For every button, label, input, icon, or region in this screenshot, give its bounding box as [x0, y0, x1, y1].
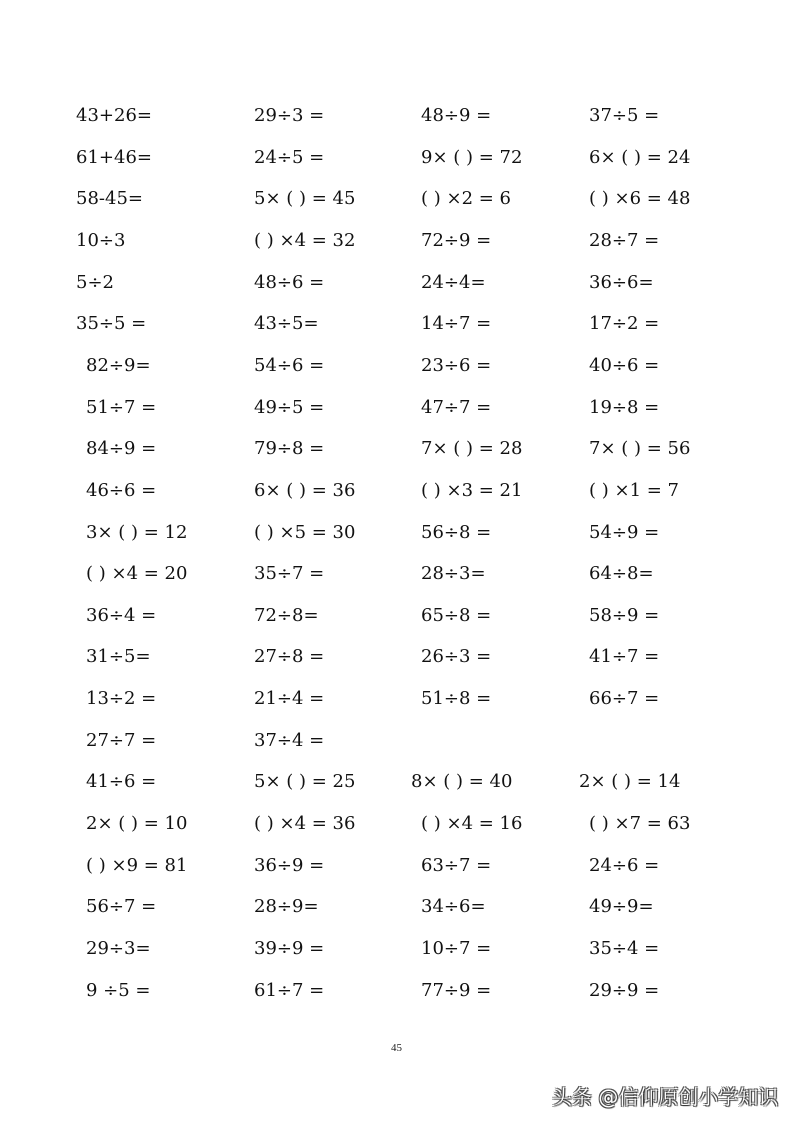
problem-cell: ( ) ×2 = 6	[421, 184, 511, 214]
problem-cell: 8× ( ) = 40	[411, 767, 512, 797]
problem-cell: 56÷8 =	[421, 518, 491, 548]
problem-cell: 84÷9 =	[86, 434, 156, 464]
problem-cell: 24÷5 =	[254, 143, 324, 173]
problem-cell: 54÷9 =	[589, 518, 659, 548]
problem-cell: 43+26=	[76, 101, 152, 131]
problem-cell: 41÷7 =	[589, 642, 659, 672]
problem-cell: 5× ( ) = 25	[254, 767, 355, 797]
problem-cell: ( ) ×4 = 16	[421, 809, 522, 839]
problem-cell: 29÷3=	[86, 934, 151, 964]
problem-row: 84÷9 =79÷8 =7× ( ) = 287× ( ) = 56	[0, 434, 793, 464]
problem-row: 58-45=5× ( ) = 45( ) ×2 = 6( ) ×6 = 48	[0, 184, 793, 214]
problem-row: ( ) ×4 = 2035÷7 =28÷3=64÷8=	[0, 559, 793, 589]
problem-cell: 29÷9 =	[589, 976, 659, 1006]
problem-cell: 5÷2	[76, 268, 114, 298]
page-number: 45	[391, 1042, 402, 1054]
problem-cell: 58÷9 =	[589, 601, 659, 631]
problem-cell: 27÷7 =	[86, 726, 156, 756]
problem-cell: 47÷7 =	[421, 393, 491, 423]
problem-cell: 61÷7 =	[254, 976, 324, 1006]
watermark: 头条 @信仰原创小学知识	[552, 1081, 778, 1110]
problem-row: 36÷4 =72÷8=65÷8 =58÷9 =	[0, 601, 793, 631]
problem-cell: 82÷9=	[86, 351, 151, 381]
problem-cell: 63÷7 =	[421, 851, 491, 881]
problem-cell: 35÷5 =	[76, 309, 146, 339]
problem-cell: 43÷5=	[254, 309, 319, 339]
problem-cell: 28÷9=	[254, 892, 319, 922]
problem-cell: 3× ( ) = 12	[86, 518, 187, 548]
problem-row: 51÷7 =49÷5 =47÷7 =19÷8 =	[0, 393, 793, 423]
problem-cell: 28÷7 =	[589, 226, 659, 256]
problem-cell: 51÷7 =	[86, 393, 156, 423]
problem-row: 29÷3=39÷9 =10÷7 =35÷4 =	[0, 934, 793, 964]
problem-row: 46÷6 =6× ( ) = 36( ) ×3 = 21( ) ×1 = 7	[0, 476, 793, 506]
problem-cell: 36÷6=	[589, 268, 654, 298]
problem-cell: 7× ( ) = 28	[421, 434, 522, 464]
problem-row: 10÷3( ) ×4 = 3272÷9 =28÷7 =	[0, 226, 793, 256]
problem-cell: 6× ( ) = 24	[589, 143, 690, 173]
problem-cell: 56÷7 =	[86, 892, 156, 922]
problem-cell: 27÷8 =	[254, 642, 324, 672]
problem-cell: 19÷8 =	[589, 393, 659, 423]
problem-row: 41÷6 =5× ( ) = 258× ( ) = 402× ( ) = 14	[0, 767, 793, 797]
problem-cell: 26÷3 =	[421, 642, 491, 672]
problem-cell: 39÷9 =	[254, 934, 324, 964]
problem-cell: 23÷6 =	[421, 351, 491, 381]
problem-cell: 10÷3	[76, 226, 125, 256]
worksheet-page: 43+26=29÷3 =48÷9 =37÷5 =61+46=24÷5 =9× (…	[0, 0, 793, 1122]
problem-cell: 72÷8=	[254, 601, 319, 631]
problem-row: 56÷7 =28÷9=34÷6=49÷9=	[0, 892, 793, 922]
problem-cell: 17÷2 =	[589, 309, 659, 339]
problem-cell: 37÷5 =	[589, 101, 659, 131]
problem-cell: 36÷9 =	[254, 851, 324, 881]
problem-cell: 48÷6 =	[254, 268, 324, 298]
problem-cell: 66÷7 =	[589, 684, 659, 714]
problem-cell: 49÷9=	[589, 892, 654, 922]
problem-cell: 6× ( ) = 36	[254, 476, 355, 506]
problem-cell: ( ) ×6 = 48	[589, 184, 690, 214]
problem-cell: 51÷8 =	[421, 684, 491, 714]
problem-cell: ( ) ×9 = 81	[86, 851, 187, 881]
problem-cell: 2× ( ) = 10	[86, 809, 187, 839]
problem-row: 61+46=24÷5 =9× ( ) = 726× ( ) = 24	[0, 143, 793, 173]
problem-row: ( ) ×9 = 8136÷9 =63÷7 =24÷6 =	[0, 851, 793, 881]
problem-row: 3× ( ) = 12( ) ×5 = 3056÷8 =54÷9 =	[0, 518, 793, 548]
problem-cell: 41÷6 =	[86, 767, 156, 797]
problem-cell: 10÷7 =	[421, 934, 491, 964]
problem-cell: 34÷6=	[421, 892, 486, 922]
problem-cell: 72÷9 =	[421, 226, 491, 256]
problem-cell: 14÷7 =	[421, 309, 491, 339]
problem-cell: 46÷6 =	[86, 476, 156, 506]
problem-cell: 29÷3 =	[254, 101, 324, 131]
problem-row: 9 ÷5 =61÷7 =77÷9 =29÷9 =	[0, 976, 793, 1006]
problem-cell: ( ) ×5 = 30	[254, 518, 355, 548]
problem-cell: 58-45=	[76, 184, 143, 214]
problem-cell: 9 ÷5 =	[86, 976, 151, 1006]
problem-cell: 35÷4 =	[589, 934, 659, 964]
problem-cell: ( ) ×4 = 36	[254, 809, 355, 839]
problem-cell: 31÷5=	[86, 642, 151, 672]
problem-row: 43+26=29÷3 =48÷9 =37÷5 =	[0, 101, 793, 131]
problem-cell: ( ) ×4 = 20	[86, 559, 187, 589]
problem-cell: 24÷6 =	[589, 851, 659, 881]
problem-cell: 9× ( ) = 72	[421, 143, 522, 173]
problem-row: 2× ( ) = 10( ) ×4 = 36( ) ×4 = 16( ) ×7 …	[0, 809, 793, 839]
problem-row: 31÷5=27÷8 =26÷3 =41÷7 =	[0, 642, 793, 672]
problem-row: 82÷9=54÷6 =23÷6 =40÷6 =	[0, 351, 793, 381]
problem-row: 27÷7 =37÷4 =	[0, 726, 793, 756]
problem-cell: 40÷6 =	[589, 351, 659, 381]
problem-cell: ( ) ×1 = 7	[589, 476, 679, 506]
problem-row: 35÷5 =43÷5=14÷7 =17÷2 =	[0, 309, 793, 339]
problem-row: 5÷248÷6 =24÷4=36÷6=	[0, 268, 793, 298]
problem-cell: 48÷9 =	[421, 101, 491, 131]
problem-cell: 65÷8 =	[421, 601, 491, 631]
problem-cell: 21÷4 =	[254, 684, 324, 714]
problem-cell: ( ) ×3 = 21	[421, 476, 522, 506]
problem-cell: 77÷9 =	[421, 976, 491, 1006]
problem-cell: 49÷5 =	[254, 393, 324, 423]
problem-cell: 2× ( ) = 14	[579, 767, 680, 797]
problem-cell: 24÷4=	[421, 268, 486, 298]
problem-cell: 64÷8=	[589, 559, 654, 589]
problem-cell: 13÷2 =	[86, 684, 156, 714]
problem-cell: ( ) ×4 = 32	[254, 226, 355, 256]
problem-cell: 5× ( ) = 45	[254, 184, 355, 214]
problem-cell: 36÷4 =	[86, 601, 156, 631]
problem-cell: 37÷4 =	[254, 726, 324, 756]
problem-cell: 35÷7 =	[254, 559, 324, 589]
problem-cell: ( ) ×7 = 63	[589, 809, 690, 839]
problem-cell: 28÷3=	[421, 559, 486, 589]
problem-cell: 7× ( ) = 56	[589, 434, 690, 464]
problem-cell: 61+46=	[76, 143, 152, 173]
problem-row: 13÷2 =21÷4 =51÷8 =66÷7 =	[0, 684, 793, 714]
problem-cell: 79÷8 =	[254, 434, 324, 464]
problem-cell: 54÷6 =	[254, 351, 324, 381]
